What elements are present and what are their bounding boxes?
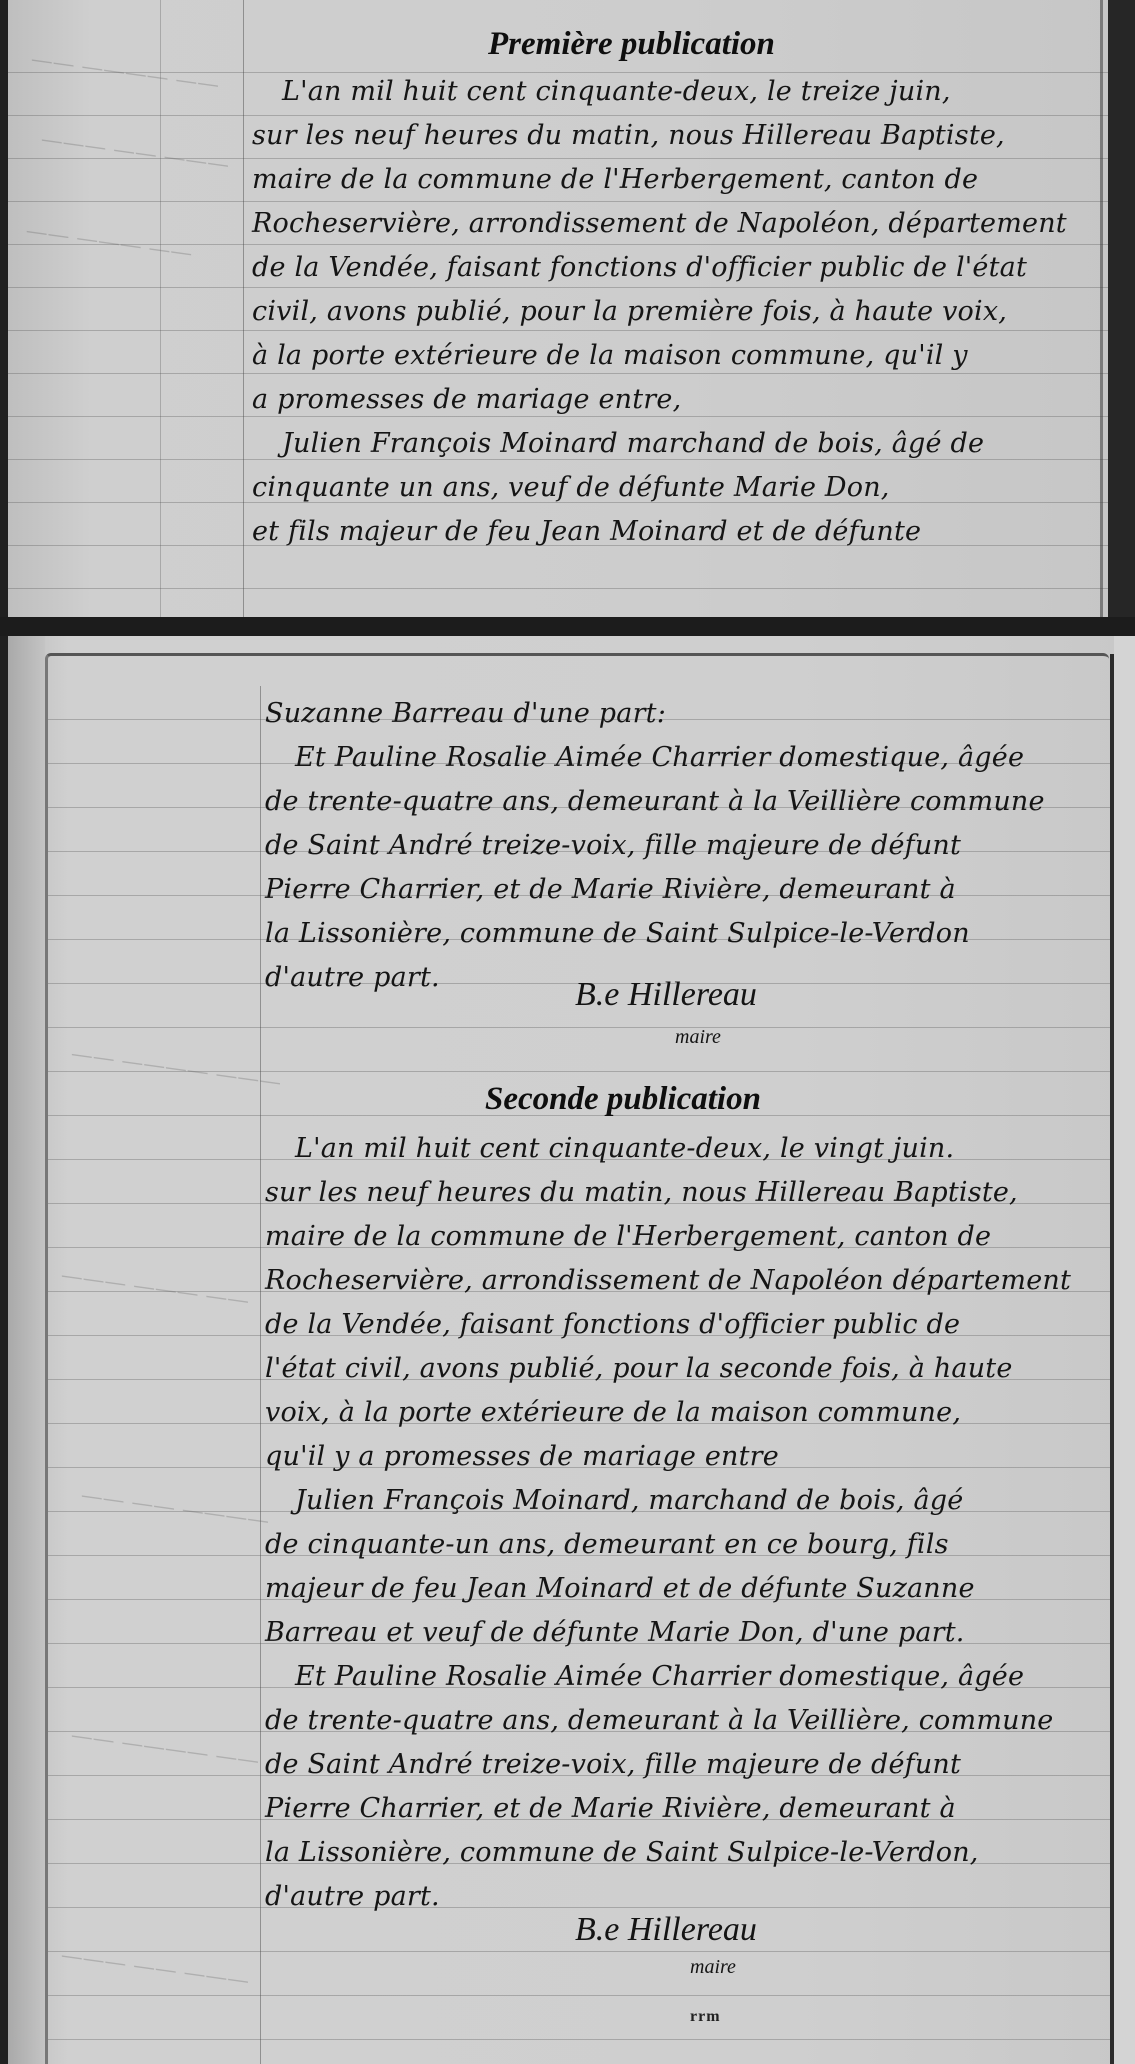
text-line: a promesses de mariage entre, xyxy=(252,384,681,415)
scan-page-bottom: ——— ———— —— —— ——— ——— ———— —— —— —— ———… xyxy=(0,636,1135,2064)
text-line: sur les neuf heures du matin, nous Hille… xyxy=(252,120,1005,151)
text-line: civil, avons publié, pour la première fo… xyxy=(252,296,1007,327)
heading-second-publication: Seconde publication xyxy=(485,1081,761,1118)
text-line: maire de la commune de l'Herbergement, c… xyxy=(265,1221,991,1252)
right-page-edge xyxy=(1108,0,1135,617)
margin-line xyxy=(260,686,261,2064)
text-line: cinquante un ans, veuf de défunte Marie … xyxy=(252,472,890,503)
right-margin-line xyxy=(1100,0,1103,617)
text-line: qu'il y a promesses de mariage entre xyxy=(265,1441,779,1472)
text-line: la Lissonière, commune de Saint Sulpice-… xyxy=(265,1837,979,1868)
text-line: Suzanne Barreau d'une part: xyxy=(265,698,666,729)
text-line-groom: Julien François Moinard marchand de bois… xyxy=(282,428,984,459)
scan-page-top: —— ———— —— ——— —— ——— —— ——— —— Première… xyxy=(0,0,1135,617)
text-line: majeur de feu Jean Moinard et de défunte… xyxy=(265,1573,975,1604)
text-line: de la Vendée, faisant fonctions d'offici… xyxy=(265,1309,960,1340)
text-line-bride: Et Pauline Rosalie Aimée Charrier domest… xyxy=(295,742,1024,773)
text-line: L'an mil huit cent cinquante-deux, le tr… xyxy=(282,76,951,107)
text-line: Rocheservière, arrondissement de Napoléo… xyxy=(265,1265,1071,1296)
heading-first-publication: Première publication xyxy=(488,26,775,63)
text-line: de trente-quatre ans, demeurant à la Vei… xyxy=(265,1705,1053,1736)
footer-mark: rrm xyxy=(690,2008,721,2026)
text-line: maire de la commune de l'Herbergement, c… xyxy=(252,164,978,195)
text-line: Rocheservière, arrondissement de Napoléo… xyxy=(252,208,1067,239)
text-line: la Lissonière, commune de Saint Sulpice-… xyxy=(265,918,970,949)
text-line: de la Vendée, faisant fonctions d'offici… xyxy=(252,252,1027,283)
signature-title: maire xyxy=(675,1026,721,1049)
text-line: de Saint André treize-voix, fille majeur… xyxy=(265,1749,961,1780)
text-line: voix, à la porte extérieure de la maison… xyxy=(265,1397,961,1428)
text-line: Pierre Charrier, et de Marie Rivière, de… xyxy=(265,1793,956,1824)
left-page-edge xyxy=(0,636,8,2064)
text-line-bride: Et Pauline Rosalie Aimée Charrier domest… xyxy=(295,1661,1024,1692)
mayor-signature: B.e Hillereau xyxy=(575,976,757,1014)
margin-line xyxy=(243,0,244,617)
text-line: de Saint André treize-voix, fille majeur… xyxy=(265,830,961,861)
text-line: de cinquante-un ans, demeurant en ce bou… xyxy=(265,1529,949,1560)
text-line: sur les neuf heures du matin, nous Hille… xyxy=(265,1177,1018,1208)
mayor-signature: B.e Hillereau xyxy=(575,1911,757,1949)
binding-strip xyxy=(8,636,45,2064)
text-line: à la porte extérieure de la maison commu… xyxy=(252,340,968,371)
scan-separator xyxy=(0,617,1135,636)
text-line: Pierre Charrier, et de Marie Rivière, de… xyxy=(265,874,956,905)
left-page-edge xyxy=(0,0,8,617)
right-page-edge xyxy=(1114,636,1135,2064)
text-line: d'autre part. xyxy=(265,1881,440,1912)
signature-title: maire xyxy=(690,1956,736,1979)
outer-margin-line xyxy=(160,0,161,617)
text-line: Barreau et veuf de défunte Marie Don, d'… xyxy=(265,1617,965,1648)
text-line: de trente-quatre ans, demeurant à la Vei… xyxy=(265,786,1045,817)
text-line: et fils majeur de feu Jean Moinard et de… xyxy=(252,516,921,547)
text-line: d'autre part. xyxy=(265,962,440,993)
text-line: L'an mil huit cent cinquante-deux, le vi… xyxy=(295,1133,954,1164)
text-line-groom: Julien François Moinard, marchand de boi… xyxy=(295,1485,963,1516)
text-line: l'état civil, avons publié, pour la seco… xyxy=(265,1353,1013,1384)
